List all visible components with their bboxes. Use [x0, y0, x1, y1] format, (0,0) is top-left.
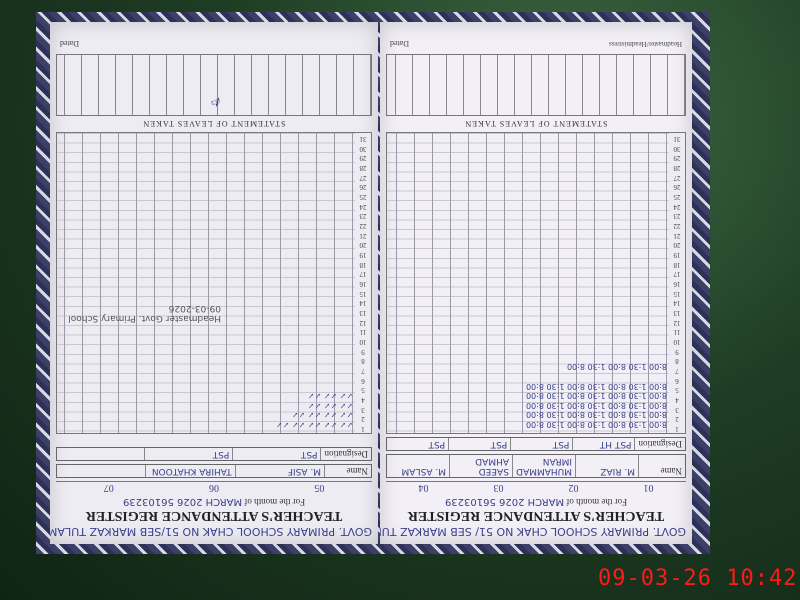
- day-number: 10: [355, 336, 371, 346]
- attendance-grid: 1234567891011121314151617181920212223242…: [56, 132, 372, 434]
- designation: PST: [511, 438, 573, 450]
- day-number: 13: [355, 307, 371, 317]
- day-number: 23: [669, 211, 685, 221]
- day-number: 18: [355, 259, 371, 269]
- day-number: 3: [669, 404, 685, 414]
- teacher-name: MUHAMMAD IMRAN: [513, 455, 576, 477]
- day-number: 19: [669, 249, 685, 259]
- name-row: Name M. ASIF TAHIRA KHATOON: [56, 464, 372, 478]
- designation: PST HT: [573, 438, 635, 450]
- designation: [57, 448, 145, 460]
- day-numbers: 1234567891011121314151617181920212223242…: [669, 133, 685, 433]
- day-number: 6: [669, 375, 685, 385]
- day-number: 8: [669, 356, 685, 366]
- school-name: GOVT. PRIMARY SCHOOL CHAK NO 51/ SEB MAR…: [386, 525, 686, 538]
- day-number: 2: [355, 414, 371, 424]
- day-number: 22: [669, 220, 685, 230]
- day-number: 26: [669, 182, 685, 192]
- designation: PST: [449, 438, 511, 450]
- day-number: 9: [669, 346, 685, 356]
- right-page: GOVT. PRIMARY SCHOOL CHAK NO 51/ SEB MAR…: [380, 22, 692, 544]
- day-number: 20: [669, 240, 685, 250]
- designation-label: Designation: [636, 438, 686, 450]
- teacher-name: M. ASLAM: [387, 455, 450, 477]
- day-number: 10: [669, 336, 685, 346]
- dated-label: Dated: [60, 39, 79, 48]
- day-number: 1: [355, 423, 371, 433]
- statement-heading: STATEMENT OF LEAVES TAKEN: [56, 119, 372, 128]
- teacher-name: M. ASIF: [236, 465, 325, 477]
- designation: PST: [387, 438, 449, 450]
- day-number: 28: [355, 162, 371, 172]
- right-page-header: GOVT. PRIMARY SCHOOL CHAK NO 51/ SEB MAR…: [386, 438, 686, 538]
- day-number: 17: [669, 269, 685, 279]
- serial: 01: [644, 482, 654, 493]
- day-number: 20: [355, 240, 371, 250]
- month-label: For the month of: [566, 497, 627, 507]
- register-title: TEACHER'S ATTENDANCE REGISTER: [386, 507, 686, 523]
- month-line: For the month of MARCH 2026 56103239: [386, 496, 686, 507]
- name-label: Name: [639, 455, 685, 477]
- headmaster-stamp: Headmaster Govt. Primary School 09-03-20…: [68, 303, 221, 323]
- month-value: MARCH 2026 56103239: [445, 496, 564, 507]
- day-number: 7: [355, 365, 371, 375]
- day-number: 27: [669, 172, 685, 182]
- designation: PST: [233, 448, 321, 460]
- attendance-marks: ✓✓ ✓✓ ✓✓ ✓✓ ✓✓✓✓ ✓✓ ✓✓ ✓✓✓✓ ✓✓ ✓✓✓✓ ✓✓ ✓…: [57, 391, 353, 429]
- day-number: 27: [355, 172, 371, 182]
- day-number: 17: [355, 269, 371, 279]
- leave-table: [386, 54, 686, 116]
- attendance-marks: 8:00 1:30 8:00 1:30 8:00 1:30 8:008:00 1…: [387, 362, 667, 429]
- day-number: 4: [355, 394, 371, 404]
- designation: PST: [145, 448, 233, 460]
- month-value: MARCH 2026 56103239: [123, 496, 242, 507]
- serial: 06: [209, 482, 219, 493]
- day-number: 5: [355, 385, 371, 395]
- dated-label: Dated: [390, 39, 409, 48]
- day-number: 14: [355, 298, 371, 308]
- day-number: 29: [355, 153, 371, 163]
- day-number: 6: [355, 375, 371, 385]
- day-number: 5: [669, 385, 685, 395]
- day-number: 9: [355, 346, 371, 356]
- day-number: 13: [669, 307, 685, 317]
- day-numbers: 1234567891011121314151617181920212223242…: [355, 133, 371, 433]
- serial-numbers: 05 06 07: [56, 481, 372, 493]
- day-number: 11: [355, 327, 371, 337]
- day-number: 22: [355, 220, 371, 230]
- name-label: Name: [325, 465, 371, 477]
- register-title: TEACHER'S ATTENDANCE REGISTER: [56, 507, 372, 523]
- day-number: 1: [669, 423, 685, 433]
- day-number: 25: [669, 191, 685, 201]
- stamp-text: Headmaster Govt. Primary School: [68, 313, 221, 323]
- day-number: 7: [669, 365, 685, 375]
- day-number: 18: [669, 259, 685, 269]
- left-page-header: GOVT. PRIMARY SCHOOL CHAK NO 51/SEB MARK…: [56, 438, 372, 538]
- designation-row: Designation PST HT PST PST PST: [386, 437, 686, 451]
- teacher-name: M. RIAZ: [576, 455, 639, 477]
- day-number: 31: [669, 133, 685, 143]
- day-number: 21: [669, 230, 685, 240]
- day-number: 15: [355, 288, 371, 298]
- day-number: 15: [669, 288, 685, 298]
- day-number: 23: [355, 211, 371, 221]
- camera-timestamp: 09-03-26 10:42: [598, 566, 797, 591]
- day-number: 24: [355, 201, 371, 211]
- name-row: Name M. RIAZ MUHAMMAD IMRAN SAEED AHMAD …: [386, 454, 686, 478]
- day-number: 2: [669, 414, 685, 424]
- left-page: GOVT. PRIMARY SCHOOL CHAK NO 51/SEB MARK…: [50, 22, 378, 544]
- day-number: 29: [669, 153, 685, 163]
- day-number: 19: [355, 249, 371, 259]
- day-number: 30: [355, 143, 371, 153]
- designation-label: Designation: [322, 448, 372, 460]
- serial: 05: [314, 482, 324, 493]
- stamp-date: 09-03-2026: [68, 303, 221, 313]
- month-label: For the month of: [244, 497, 305, 507]
- day-number: 28: [669, 162, 685, 172]
- attendance-grid: 1234567891011121314151617181920212223242…: [386, 132, 686, 434]
- day-number: 12: [669, 317, 685, 327]
- day-number: 8: [355, 356, 371, 366]
- day-number: 25: [355, 191, 371, 201]
- school-name: GOVT. PRIMARY SCHOOL CHAK NO 51/SEB MARK…: [56, 525, 372, 538]
- teacher-name: TAHIRA KHATOON: [146, 465, 235, 477]
- day-number: 3: [355, 404, 371, 414]
- day-number: 16: [669, 278, 685, 288]
- month-line: For the month of MARCH 2026 56103239: [56, 496, 372, 507]
- serial-numbers: 01 02 03 04: [386, 481, 686, 493]
- day-number: 30: [669, 143, 685, 153]
- statement-heading: STATEMENT OF LEAVES TAKEN: [386, 119, 686, 128]
- day-number: 11: [669, 327, 685, 337]
- teacher-name: SAEED AHMAD: [450, 455, 513, 477]
- day-number: 4: [669, 394, 685, 404]
- serial: 04: [419, 482, 429, 493]
- day-number: 16: [355, 278, 371, 288]
- serial: 03: [494, 482, 504, 493]
- day-number: 24: [669, 201, 685, 211]
- day-number: 14: [669, 298, 685, 308]
- serial: 02: [569, 482, 579, 493]
- headmaster-signature-label: Headmaster/Headmistress: [609, 40, 682, 48]
- day-number: 26: [355, 182, 371, 192]
- day-number: 21: [355, 230, 371, 240]
- serial: 07: [104, 482, 114, 493]
- teacher-name: [57, 465, 146, 477]
- designation-row: Designation PST PST: [56, 447, 372, 461]
- day-number: 31: [355, 133, 371, 143]
- day-number: 12: [355, 317, 371, 327]
- leave-table: ✍: [56, 54, 372, 116]
- signature-scribble: ✍: [208, 94, 223, 111]
